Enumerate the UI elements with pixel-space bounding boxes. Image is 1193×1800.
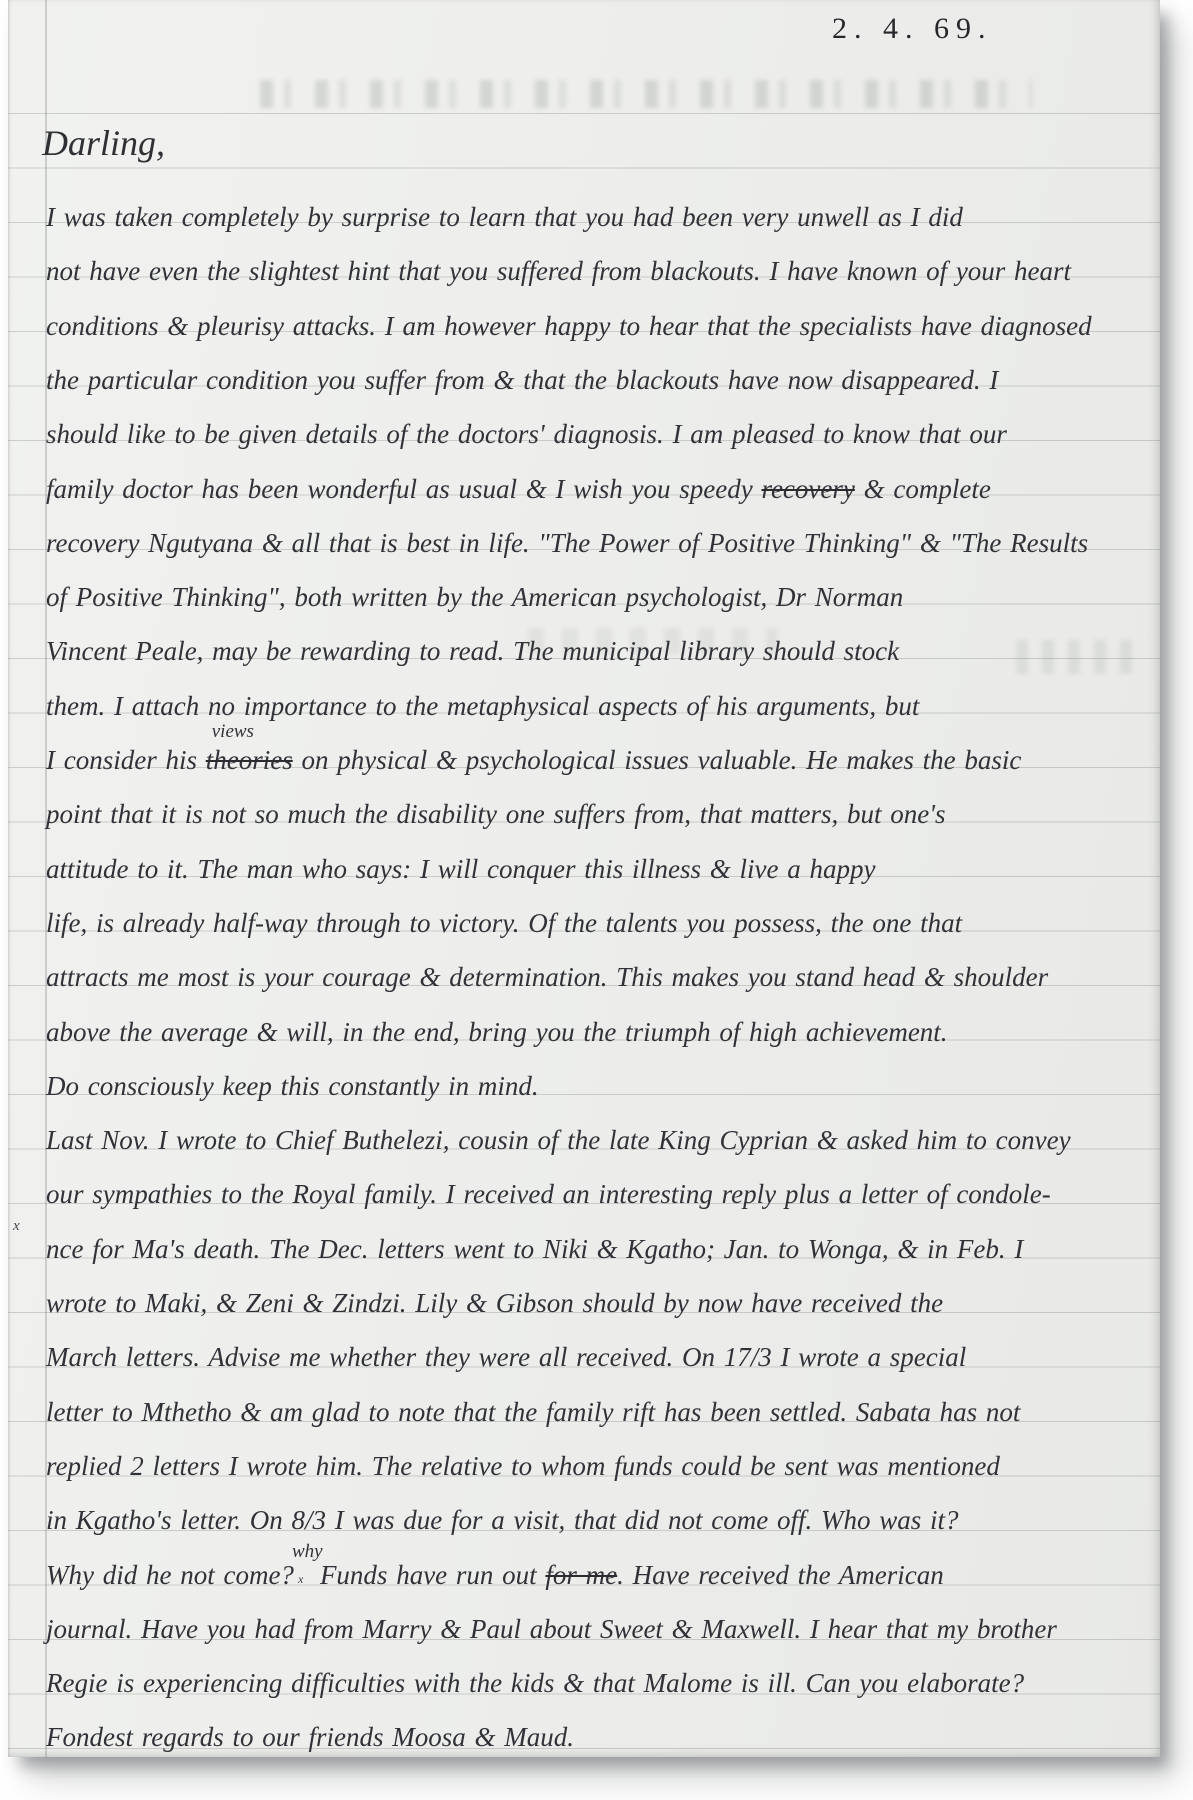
letter-text-segment: Do consciously keep this constantly in m…	[46, 1071, 539, 1101]
letter-text-segment: Why did he not come?	[46, 1560, 294, 1590]
inserted-word-above: views	[212, 722, 254, 741]
letter-text: March letters. Advise me whether they we…	[46, 1342, 966, 1372]
letter-text-segment: of Positive Thinking", both written by t…	[46, 582, 903, 612]
letter-line: replied 2 letters I wrote him. The relat…	[46, 1453, 1000, 1480]
letter-text: recovery	[761, 474, 854, 504]
letter-line: life, is already half-way through to vic…	[46, 910, 962, 937]
letter-text-segment: nce for Ma's death. The Dec. letters wen…	[46, 1234, 1023, 1264]
letter-text: I was taken completely by surprise to le…	[46, 202, 963, 232]
letter-text: I consider his	[46, 745, 206, 775]
letter-text-segment: I was taken completely by surprise to le…	[46, 202, 963, 232]
letter-text: wrote to Maki, & Zeni & Zindzi. Lily & G…	[46, 1288, 943, 1318]
letter-text: the particular condition you suffer from…	[46, 365, 998, 395]
letter-text: life, is already half-way through to vic…	[46, 908, 962, 938]
letter-line: I was taken completely by surprise to le…	[46, 204, 963, 231]
letter-text: recovery Ngutyana & all that is best in …	[46, 528, 1088, 558]
struck-out-text: recovery	[761, 474, 854, 504]
letter-line: in Kgatho's letter. On 8/3 I was due for…	[46, 1507, 959, 1534]
letter-text-segment: March letters. Advise me whether they we…	[46, 1342, 966, 1372]
letter-text: & complete	[855, 474, 991, 504]
letter-line: conditions & pleurisy attacks. I am howe…	[46, 313, 1092, 340]
letter-text: Fondest regards to our friends Moosa & M…	[46, 1722, 574, 1752]
letter-text: Vincent Peale, may be rewarding to read.…	[46, 636, 899, 666]
insertion-caret: x	[298, 1566, 303, 1593]
letter-text-segment: Funds have run out	[320, 1560, 545, 1590]
letter-text-segment: journal. Have you had from Marry & Paul …	[46, 1614, 1057, 1644]
letter-line: not have even the slightest hint that yo…	[46, 258, 1071, 285]
letter-line: attracts me most is your courage & deter…	[46, 964, 1048, 991]
letter-line: family doctor has been wonderful as usua…	[46, 476, 991, 503]
letter-text-segment: family doctor has been wonderful as usua…	[46, 474, 761, 504]
letter-text-segment: the particular condition you suffer from…	[46, 365, 998, 395]
struck-out-text: for me	[545, 1560, 617, 1590]
letter-line: Last Nov. I wrote to Chief Buthelezi, co…	[46, 1127, 1071, 1154]
letter-text: nce for Ma's death. The Dec. letters wen…	[46, 1234, 1023, 1264]
letter-text-segment: recovery Ngutyana & all that is best in …	[46, 528, 1088, 558]
letter-text: Why did he not come?	[46, 1560, 294, 1590]
scanned-letter-page: 2. 4. 69. Darling, x I was taken complet…	[8, 0, 1160, 1757]
letter-text: them. I attach no importance to the meta…	[46, 691, 919, 721]
letter-text-segment: I consider his	[46, 745, 206, 775]
letter-text: Regie is experiencing difficulties with …	[46, 1668, 1024, 1698]
letter-text-segment: Regie is experiencing difficulties with …	[46, 1668, 1024, 1698]
letter-text: above the average & will, in the end, br…	[46, 1017, 948, 1047]
letter-line: should like to be given details of the d…	[46, 421, 1007, 448]
letter-text-segment: letter to Mthetho & am glad to note that…	[46, 1397, 1020, 1427]
letter-text: in Kgatho's letter. On 8/3 I was due for…	[46, 1505, 959, 1535]
letter-text: Do consciously keep this constantly in m…	[46, 1071, 539, 1101]
inserted-word-above: why	[292, 1542, 323, 1561]
letter-text-segment: wrote to Maki, & Zeni & Zindzi. Lily & G…	[46, 1288, 943, 1318]
letter-text: Last Nov. I wrote to Chief Buthelezi, co…	[46, 1125, 1071, 1155]
letter-line: Do consciously keep this constantly in m…	[46, 1073, 539, 1100]
letter-text-segment: them. I attach no importance to the meta…	[46, 691, 919, 721]
letter-line: of Positive Thinking", both written by t…	[46, 584, 903, 611]
letter-text-segment: attracts me most is your courage & deter…	[46, 962, 1048, 992]
letter-text: point that it is not so much the disabil…	[46, 799, 946, 829]
letter-text-segment: on physical & psychological issues valua…	[293, 745, 1022, 775]
letter-line: our sympathies to the Royal family. I re…	[46, 1181, 1051, 1208]
letter-line: point that it is not so much the disabil…	[46, 801, 946, 828]
letter-text-segment: . Have received the American	[617, 1560, 944, 1590]
letter-line: journal. Have you had from Marry & Paul …	[46, 1616, 1057, 1643]
letter-text: attracts me most is your courage & deter…	[46, 962, 1048, 992]
letter-line: letter to Mthetho & am glad to note that…	[46, 1399, 1020, 1426]
letter-text-segment: should like to be given details of the d…	[46, 419, 1007, 449]
letter-text-segment: conditions & pleurisy attacks. I am howe…	[46, 311, 1092, 341]
letter-line: recovery Ngutyana & all that is best in …	[46, 530, 1088, 557]
letter-line: them. I attach no importance to the meta…	[46, 693, 919, 720]
letter-text-segment: Vincent Peale, may be rewarding to read.…	[46, 636, 899, 666]
struck-out-text: theoriesviews	[206, 745, 293, 775]
letter-text-segment: Fondest regards to our friends Moosa & M…	[46, 1722, 574, 1752]
letter-text-segment: point that it is not so much the disabil…	[46, 799, 946, 829]
letter-text-segment: attitude to it. The man who says: I will…	[46, 854, 875, 884]
letter-text-segment: replied 2 letters I wrote him. The relat…	[46, 1451, 1000, 1481]
letter-line: March letters. Advise me whether they we…	[46, 1344, 966, 1371]
letter-line: attitude to it. The man who says: I will…	[46, 856, 875, 883]
letter-body: I was taken completely by surprise to le…	[8, 0, 1160, 1757]
letter-text: conditions & pleurisy attacks. I am howe…	[46, 311, 1092, 341]
letter-line: Regie is experiencing difficulties with …	[46, 1670, 1024, 1697]
letter-text: Funds have run out	[320, 1560, 545, 1590]
letter-line: Fondest regards to our friends Moosa & M…	[46, 1724, 574, 1751]
letter-text: attitude to it. The man who says: I will…	[46, 854, 875, 884]
letter-text-segment: life, is already half-way through to vic…	[46, 908, 962, 938]
letter-text: of Positive Thinking", both written by t…	[46, 582, 903, 612]
letter-text: on physical & psychological issues valua…	[293, 745, 1022, 775]
letter-text: journal. Have you had from Marry & Paul …	[46, 1614, 1057, 1644]
letter-text: for me	[545, 1560, 617, 1590]
letter-text: . Have received the American	[617, 1560, 944, 1590]
letter-line: Why did he not come?whyxFunds have run o…	[46, 1562, 944, 1589]
letter-text-segment: & complete	[855, 474, 991, 504]
letter-text-segment: in Kgatho's letter. On 8/3 I was due for…	[46, 1505, 959, 1535]
letter-line: Vincent Peale, may be rewarding to read.…	[46, 638, 899, 665]
letter-line: the particular condition you suffer from…	[46, 367, 998, 394]
letter-text-segment: our sympathies to the Royal family. I re…	[46, 1179, 1051, 1209]
letter-text: letter to Mthetho & am glad to note that…	[46, 1397, 1020, 1427]
letter-text: our sympathies to the Royal family. I re…	[46, 1179, 1051, 1209]
letter-line: above the average & will, in the end, br…	[46, 1019, 948, 1046]
letter-text-segment: not have even the slightest hint that yo…	[46, 256, 1071, 286]
letter-text: replied 2 letters I wrote him. The relat…	[46, 1451, 1000, 1481]
letter-line: I consider his theoriesviews on physical…	[46, 747, 1021, 774]
insertion-point: whyx	[294, 1562, 320, 1589]
letter-text: not have even the slightest hint that yo…	[46, 256, 1071, 286]
letter-text: theories	[206, 745, 293, 775]
letter-line: wrote to Maki, & Zeni & Zindzi. Lily & G…	[46, 1290, 943, 1317]
letter-text: should like to be given details of the d…	[46, 419, 1007, 449]
letter-line: nce for Ma's death. The Dec. letters wen…	[46, 1236, 1023, 1263]
letter-text: family doctor has been wonderful as usua…	[46, 474, 761, 504]
letter-text-segment: above the average & will, in the end, br…	[46, 1017, 948, 1047]
letter-text-segment: Last Nov. I wrote to Chief Buthelezi, co…	[46, 1125, 1071, 1155]
